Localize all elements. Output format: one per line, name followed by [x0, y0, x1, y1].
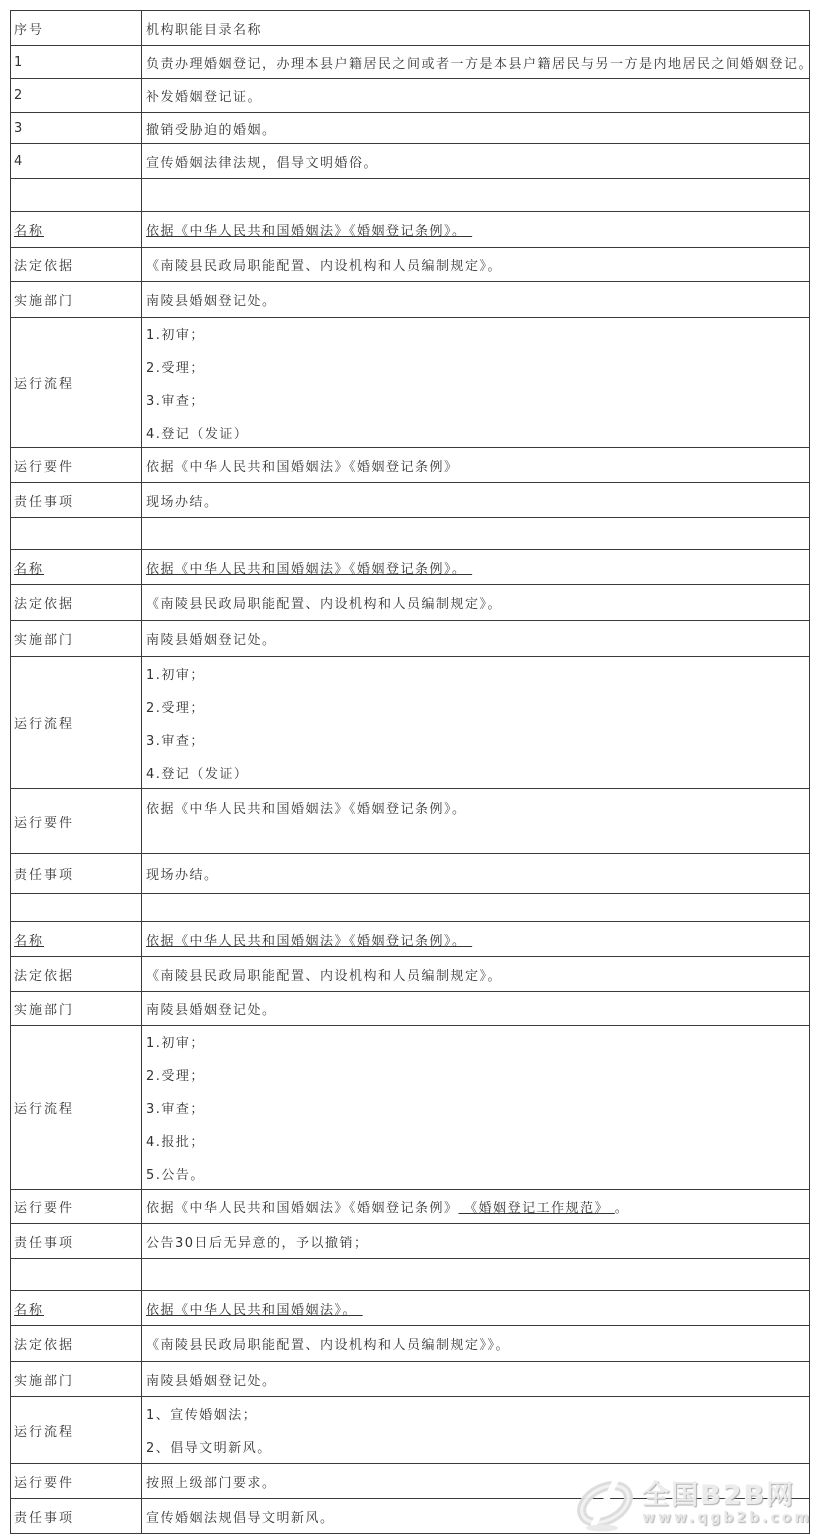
row-label: 运行流程: [11, 1026, 142, 1189]
row-content: 依据《中华人民共和国婚姻法》《婚姻登记条例》: [142, 448, 809, 482]
text-segment: 4.登记（发证）: [146, 763, 248, 782]
content-line: 宣传婚姻法律法规，倡导文明婚俗。: [146, 145, 809, 178]
table-row: 运行流程1.初审；2.受理；3.审查；4.报批；5.公告。: [11, 1026, 809, 1190]
row-content: 撤销受胁迫的婚姻。: [142, 113, 809, 143]
content-line: 撤销受胁迫的婚姻。: [146, 113, 809, 143]
text-segment: 现场办结。: [146, 864, 219, 883]
table-row: 责任事项宣传婚姻法规倡导文明新风。: [11, 1499, 809, 1533]
text-segment: 补发婚姻登记证。: [146, 86, 262, 105]
text-segment: 《南陵县民政局职能配置、内设机构和人员编制规定》。: [146, 593, 502, 612]
row-content: 南陵县婚姻登记处。: [142, 282, 809, 317]
row-label: 实施部门: [11, 1362, 142, 1396]
row-content: 南陵县婚姻登记处。: [142, 621, 809, 656]
text-segment: 3.审查；: [146, 1098, 205, 1117]
content-line: 南陵县婚姻登记处。: [146, 283, 809, 316]
row-label: 法定依据: [11, 585, 142, 620]
text-segment: 宣传婚姻法律法规，倡导文明婚俗。: [146, 152, 378, 171]
row-label: [11, 179, 142, 211]
table-row: 名称依据《中华人民共和国婚姻法》《婚姻登记条例》。: [11, 550, 809, 585]
content-line: 《南陵县民政局职能配置、内设机构和人员编制规定》。: [146, 586, 809, 619]
row-label: 责任事项: [11, 854, 142, 893]
text-segment: 南陵县婚姻登记处。: [146, 1370, 277, 1389]
row-label: 4: [11, 144, 142, 178]
text-segment: 《南陵县民政局职能配置、内设机构和人员编制规定》。: [146, 965, 502, 984]
content-line: 3.审查；: [146, 383, 809, 416]
content-line: 依据《中华人民共和国婚姻法》《婚姻登记条例》。: [146, 213, 809, 246]
text-segment: 宣传婚姻法规倡导文明新风。: [146, 1507, 335, 1526]
row-content: 1.初审；2.受理；3.审查；4.登记（发证）: [142, 657, 809, 788]
content-line: 3.审查；: [146, 723, 809, 756]
content-line: 现场办结。: [146, 857, 809, 890]
text-segment: 南陵县婚姻登记处。: [146, 999, 277, 1018]
table-row: 名称依据《中华人民共和国婚姻法》。: [11, 1291, 809, 1326]
row-content: 按照上级部门要求。: [142, 1464, 809, 1498]
table-row: 实施部门南陵县婚姻登记处。: [11, 621, 809, 657]
content-line: 机构职能目录名称: [146, 12, 809, 45]
table-row: 运行要件按照上级部门要求。: [11, 1464, 809, 1499]
row-content: 1.初审；2.受理；3.审查；4.登记（发证）: [142, 318, 809, 447]
row-label: 实施部门: [11, 992, 142, 1025]
row-label: 名称: [11, 550, 142, 584]
text-segment: 1.初审；: [146, 1032, 205, 1051]
row-label: 责任事项: [11, 1499, 142, 1533]
text-segment: 按照上级部门要求。: [146, 1472, 277, 1491]
table-row: 法定依据《南陵县民政局职能配置、内设机构和人员编制规定》。: [11, 957, 809, 992]
row-label: 名称: [11, 1291, 142, 1325]
row-content: 依据《中华人民共和国婚姻法》《婚姻登记条例》。: [142, 789, 809, 853]
table-row: 运行要件依据《中华人民共和国婚姻法》《婚姻登记条例》 《婚姻登记工作规范》 。: [11, 1190, 809, 1224]
row-label: 实施部门: [11, 621, 142, 656]
text-segment: 1.初审；: [146, 664, 205, 683]
text-segment: 依据《中华人民共和国婚姻法》《婚姻登记条例》: [146, 1197, 459, 1216]
content-line: 现场办结。: [146, 484, 809, 517]
content-line: 依据《中华人民共和国婚姻法》《婚姻登记条例》。: [146, 791, 809, 824]
row-content: 依据《中华人民共和国婚姻法》《婚姻登记条例》。: [142, 550, 809, 584]
row-content: 南陵县婚姻登记处。: [142, 992, 809, 1025]
text-segment: 依据《中华人民共和国婚姻法》《婚姻登记条例》。: [146, 798, 467, 817]
row-label: [11, 1259, 142, 1290]
underlined-text: 依据《中华人民共和国婚姻法》《婚姻登记条例》。: [146, 558, 472, 577]
text-segment: 撤销受胁迫的婚姻。: [146, 119, 277, 138]
row-content: 《南陵县民政局职能配置、内设机构和人员编制规定》。: [142, 957, 809, 991]
content-line: 1.初审；: [146, 657, 809, 690]
content-line: 1、宣传婚姻法；: [146, 1397, 809, 1430]
text-segment: 4.报批；: [146, 1131, 205, 1150]
text-segment: 《南陵县民政局职能配置、内设机构和人员编制规定》。: [146, 255, 502, 274]
row-content: 补发婚姻登记证。: [142, 79, 809, 112]
text-segment: 2.受理；: [146, 697, 205, 716]
row-label: [11, 894, 142, 921]
row-content: 依据《中华人民共和国婚姻法》《婚姻登记条例》 《婚姻登记工作规范》 。: [142, 1190, 809, 1223]
text-segment: 现场办结。: [146, 491, 219, 510]
underlined-text: 依据《中华人民共和国婚姻法》。: [146, 1299, 363, 1318]
row-content: [142, 894, 809, 921]
underlined-text: 依据《中华人民共和国婚姻法》《婚姻登记条例》。: [146, 930, 472, 949]
row-content: 1、宣传婚姻法；2、倡导文明新风。: [142, 1397, 809, 1463]
content-line: 依据《中华人民共和国婚姻法》《婚姻登记条例》 《婚姻登记工作规范》 。: [146, 1190, 809, 1223]
row-label: 2: [11, 79, 142, 112]
table-row: 1负责办理婚姻登记，办理本县户籍居民之间或者一方是本县户籍居民与另一方是内地居民…: [11, 46, 809, 79]
content-line: 4.登记（发证）: [146, 756, 809, 789]
text-segment: 1、宣传婚姻法；: [146, 1404, 257, 1423]
table-row: 运行要件依据《中华人民共和国婚姻法》《婚姻登记条例》。: [11, 789, 809, 854]
content-line: 1.初审；: [146, 1026, 809, 1058]
content-line: 2.受理；: [146, 690, 809, 723]
row-content: 机构职能目录名称: [142, 11, 809, 45]
row-content: 1.初审；2.受理；3.审查；4.报批；5.公告。: [142, 1026, 809, 1189]
content-line: 《南陵县民政局职能配置、内设机构和人员编制规定》。: [146, 958, 809, 991]
row-content: 负责办理婚姻登记，办理本县户籍居民之间或者一方是本县户籍居民与另一方是内地居民之…: [142, 46, 809, 78]
text-segment: 南陵县婚姻登记处。: [146, 629, 277, 648]
row-content: 现场办结。: [142, 483, 809, 517]
content-line: 2.受理；: [146, 1058, 809, 1091]
content-line: 5.公告。: [146, 1157, 809, 1189]
table-row: 运行流程1、宣传婚姻法；2、倡导文明新风。: [11, 1397, 809, 1464]
content-line: 依据《中华人民共和国婚姻法》《婚姻登记条例》。: [146, 923, 809, 956]
row-label: 责任事项: [11, 1224, 142, 1258]
table-row: 3撤销受胁迫的婚姻。: [11, 113, 809, 144]
content-line: 2、倡导文明新风。: [146, 1430, 809, 1463]
content-line: 2.受理；: [146, 350, 809, 383]
content-line: 按照上级部门要求。: [146, 1465, 809, 1498]
table-row: 实施部门南陵县婚姻登记处。: [11, 992, 809, 1026]
row-content: 宣传婚姻法律法规，倡导文明婚俗。: [142, 144, 809, 178]
row-label: 运行要件: [11, 1190, 142, 1223]
row-content: 《南陵县民政局职能配置、内设机构和人员编制规定》》。: [142, 1326, 809, 1361]
row-content: 《南陵县民政局职能配置、内设机构和人员编制规定》。: [142, 585, 809, 620]
row-label: [11, 518, 142, 549]
function-directory-table: 序号机构职能目录名称1负责办理婚姻登记，办理本县户籍居民之间或者一方是本县户籍居…: [10, 10, 810, 1534]
content-line: 依据《中华人民共和国婚姻法》《婚姻登记条例》: [146, 449, 809, 482]
content-line: 3.审查；: [146, 1091, 809, 1124]
text-segment: 3.审查；: [146, 390, 205, 409]
table-spacer-row: [11, 518, 809, 550]
row-label: 运行流程: [11, 657, 142, 788]
content-line: 4.报批；: [146, 1124, 809, 1157]
text-segment: 。: [615, 1197, 630, 1216]
text-segment: 机构职能目录名称: [146, 19, 262, 38]
content-line: 4.登记（发证）: [146, 416, 809, 448]
content-line: 南陵县婚姻登记处。: [146, 1363, 809, 1396]
row-content: [142, 179, 809, 211]
table-spacer-row: [11, 179, 809, 212]
content-line: 1.初审；: [146, 318, 809, 350]
row-label: 法定依据: [11, 248, 142, 281]
row-content: 公告30日后无异意的，予以撤销；: [142, 1224, 809, 1258]
text-segment: 2.受理；: [146, 1065, 205, 1084]
content-line: 依据《中华人民共和国婚姻法》。: [146, 1292, 809, 1325]
row-label: 法定依据: [11, 957, 142, 991]
content-line: 南陵县婚姻登记处。: [146, 622, 809, 655]
text-segment: 3.审查；: [146, 730, 205, 749]
row-label: 运行流程: [11, 318, 142, 447]
table-row: 实施部门南陵县婚姻登记处。: [11, 1362, 809, 1397]
table-spacer-row: [11, 894, 809, 922]
row-label: 责任事项: [11, 483, 142, 517]
table-row: 名称依据《中华人民共和国婚姻法》《婚姻登记条例》。: [11, 922, 809, 957]
table-row: 责任事项公告30日后无异意的，予以撤销；: [11, 1224, 809, 1259]
content-line: 公告30日后无异意的，予以撤销；: [146, 1225, 809, 1258]
row-label: 名称: [11, 922, 142, 956]
table-row: 2补发婚姻登记证。: [11, 79, 809, 113]
row-content: [142, 518, 809, 549]
table-row: 运行要件依据《中华人民共和国婚姻法》《婚姻登记条例》: [11, 448, 809, 483]
text-segment: 南陵县婚姻登记处。: [146, 290, 277, 309]
content-line: 《南陵县民政局职能配置、内设机构和人员编制规定》》。: [146, 1327, 809, 1360]
content-line: 补发婚姻登记证。: [146, 79, 809, 112]
table-row: 运行流程1.初审；2.受理；3.审查；4.登记（发证）: [11, 318, 809, 448]
content-line: 《南陵县民政局职能配置、内设机构和人员编制规定》。: [146, 248, 809, 281]
text-segment: 2、倡导文明新风。: [146, 1437, 272, 1456]
text-segment: 依据《中华人民共和国婚姻法》《婚姻登记条例》: [146, 456, 459, 475]
row-label: 名称: [11, 212, 142, 247]
row-content: 依据《中华人民共和国婚姻法》《婚姻登记条例》。: [142, 212, 809, 247]
content-line: 宣传婚姻法规倡导文明新风。: [146, 1500, 809, 1533]
table-row: 责任事项现场办结。: [11, 854, 809, 894]
row-content: 依据《中华人民共和国婚姻法》。: [142, 1291, 809, 1325]
row-content: 《南陵县民政局职能配置、内设机构和人员编制规定》。: [142, 248, 809, 281]
row-content: 依据《中华人民共和国婚姻法》《婚姻登记条例》。: [142, 922, 809, 956]
row-label: 运行要件: [11, 448, 142, 482]
table-row: 序号机构职能目录名称: [11, 11, 809, 46]
row-content: 宣传婚姻法规倡导文明新风。: [142, 1499, 809, 1533]
table-row: 实施部门南陵县婚姻登记处。: [11, 282, 809, 318]
table-row: 法定依据《南陵县民政局职能配置、内设机构和人员编制规定》。: [11, 585, 809, 621]
text-segment: 4.登记（发证）: [146, 423, 248, 442]
text-segment: 《南陵县民政局职能配置、内设机构和人员编制规定》》。: [146, 1334, 510, 1353]
table-row: 名称依据《中华人民共和国婚姻法》《婚姻登记条例》。: [11, 212, 809, 248]
content-line: 依据《中华人民共和国婚姻法》《婚姻登记条例》。: [146, 551, 809, 584]
table-row: 4宣传婚姻法律法规，倡导文明婚俗。: [11, 144, 809, 179]
table-spacer-row: [11, 1259, 809, 1291]
content-line: 负责办理婚姻登记，办理本县户籍居民之间或者一方是本县户籍居民与另一方是内地居民之…: [146, 46, 809, 78]
row-label: 法定依据: [11, 1326, 142, 1361]
underlined-text: 《婚姻登记工作规范》: [459, 1197, 615, 1216]
row-label: 实施部门: [11, 282, 142, 317]
row-label: 运行要件: [11, 1464, 142, 1498]
row-content: [142, 1259, 809, 1290]
row-label: 运行要件: [11, 789, 142, 853]
text-segment: 2.受理；: [146, 357, 205, 376]
table-row: 法定依据《南陵县民政局职能配置、内设机构和人员编制规定》。: [11, 248, 809, 282]
text-segment: 1.初审；: [146, 324, 205, 343]
underlined-text: 依据《中华人民共和国婚姻法》《婚姻登记条例》。: [146, 220, 472, 239]
row-content: 南陵县婚姻登记处。: [142, 1362, 809, 1396]
text-segment: 负责办理婚姻登记，办理本县户籍居民之间或者一方是本县户籍居民与另一方是内地居民之…: [146, 53, 809, 72]
row-label: 3: [11, 113, 142, 143]
row-label: 1: [11, 46, 142, 78]
text-segment: 公告30日后无异意的，予以撤销；: [146, 1232, 369, 1251]
table-row: 运行流程1.初审；2.受理；3.审查；4.登记（发证）: [11, 657, 809, 789]
table-row: 法定依据《南陵县民政局职能配置、内设机构和人员编制规定》》。: [11, 1326, 809, 1362]
row-label: 序号: [11, 11, 142, 45]
table-row: 责任事项现场办结。: [11, 483, 809, 518]
row-content: 现场办结。: [142, 854, 809, 893]
content-line: 南陵县婚姻登记处。: [146, 992, 809, 1025]
text-segment: 5.公告。: [146, 1164, 205, 1183]
row-label: 运行流程: [11, 1397, 142, 1463]
